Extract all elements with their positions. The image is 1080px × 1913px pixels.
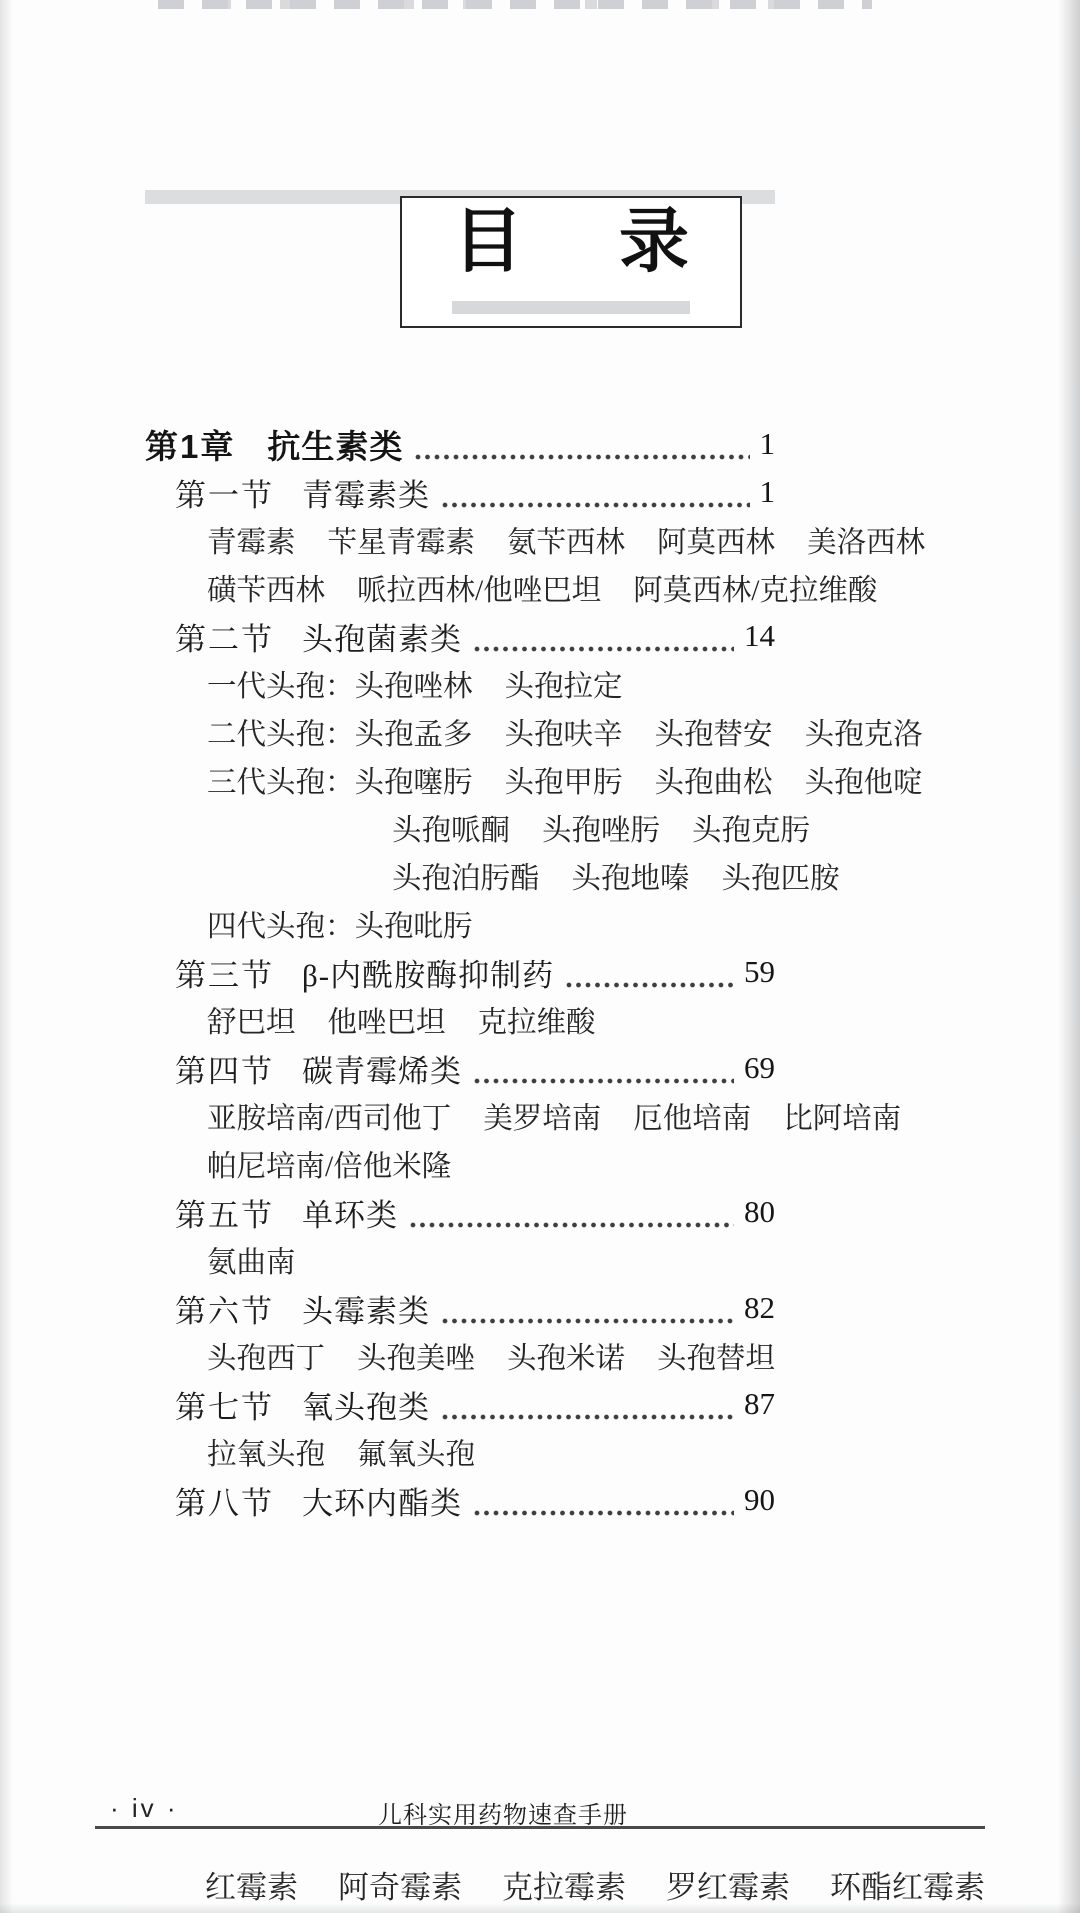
drug-name: 头孢替安 (655, 711, 773, 753)
toc-drug-list-row: 四代头孢：头孢吡肟 (145, 900, 775, 948)
drug-name: 头孢克肟 (692, 807, 810, 849)
drug-name: 头孢匹胺 (722, 855, 840, 897)
drug-generation-prefix: 三代头孢： (207, 759, 355, 801)
drug-name: 头孢拉定 (505, 663, 623, 705)
toc-entry-label: 第六节 (175, 1286, 274, 1331)
toc-section-row: 第八节大环内酯类90 (145, 1476, 775, 1524)
drug-name: 头孢美唑 (357, 1335, 475, 1377)
drug-name: 红霉素 (205, 1870, 298, 1905)
drug-name: 阿奇霉素 (338, 1870, 462, 1905)
toc-entry-title: 大环内酯类 (302, 1478, 462, 1523)
toc-title: 目 录 (402, 208, 740, 278)
toc-entry-title: 青霉素类 (302, 470, 430, 515)
drug-name: 头孢哌酮 (392, 807, 510, 849)
drug-name: 头孢甲肟 (505, 759, 623, 801)
toc-drug-list-row: 舒巴坦他唑巴坦克拉维酸 (145, 996, 775, 1044)
drug-name: 氟氧头孢 (357, 1431, 475, 1473)
toc-entry-page: 59 (744, 954, 775, 990)
toc-list: 第1章抗生素类1第一节青霉素类1青霉素苄星青霉素氨苄西林阿莫西林美洛西林磺苄西林… (145, 420, 775, 1524)
toc-entry-label: 第三节 (175, 950, 274, 995)
toc-drug-list-row: 拉氧头孢氟氧头孢 (145, 1428, 775, 1476)
drug-name: 苄星青霉素 (328, 519, 476, 561)
toc-entry-title: β-内酰胺酶抑制药 (302, 950, 554, 995)
toc-section-row: 第一节青霉素类1 (145, 468, 775, 516)
drug-name: 头孢泊肟酯 (392, 855, 540, 897)
drug-name: 头孢克洛 (805, 711, 923, 753)
drug-name: 头孢孟多 (355, 711, 473, 753)
drug-name: 环酯红霉素 (830, 1870, 985, 1905)
drug-name: 氨苄西林 (507, 519, 625, 561)
page-edge-shadow-bottom (0, 1903, 1080, 1913)
toc-section-row: 第六节头霉素类82 (145, 1284, 775, 1332)
dot-leader (474, 645, 734, 653)
toc-section-row: 第三节β-内酰胺酶抑制药59 (145, 948, 775, 996)
drug-name: 头孢替坦 (657, 1335, 775, 1377)
toc-entry-title: 碳青霉烯类 (302, 1046, 462, 1091)
toc-drug-list-row: 二代头孢：头孢孟多头孢呋辛头孢替安头孢克洛 (145, 708, 775, 756)
toc-entry-label: 第一节 (175, 470, 274, 515)
next-page-preview: 红霉素阿奇霉素克拉霉素罗红霉素环酯红霉素 (205, 1862, 1025, 1907)
toc-section-row: 第二节头孢菌素类14 (145, 612, 775, 660)
toc-drug-list-row: 头孢哌酮头孢唑肟头孢克肟 (145, 804, 775, 852)
toc-entry-title: 抗生素类 (267, 421, 403, 468)
dot-leader (474, 1509, 734, 1517)
toc-entry-label: 第四节 (175, 1046, 274, 1091)
toc-chapter-row: 第1章抗生素类1 (145, 420, 775, 468)
toc-entry-label: 第八节 (175, 1478, 274, 1523)
toc-title-box: 目 录 (400, 196, 742, 328)
toc-entry-label: 第1章 (145, 421, 235, 468)
title-underline (452, 301, 690, 314)
drug-name: 亚胺培南/西司他丁 (207, 1095, 451, 1137)
dot-leader (442, 1317, 734, 1325)
toc-section-row: 第五节单环类80 (145, 1188, 775, 1236)
top-cropped-text-remnant (158, 0, 872, 9)
drug-name: 头孢米诺 (507, 1335, 625, 1377)
drug-name: 头孢他啶 (805, 759, 923, 801)
drug-name: 氨曲南 (207, 1239, 296, 1281)
toc-entry-page: 87 (744, 1386, 775, 1422)
page-edge-shadow-left (0, 0, 13, 1913)
dot-leader (474, 1077, 734, 1085)
toc-drug-list-row: 三代头孢：头孢噻肟头孢甲肟头孢曲松头孢他啶 (145, 756, 775, 804)
drug-name: 美洛西林 (807, 519, 925, 561)
footer: · iv · 儿科实用药物速查手册 (95, 1793, 985, 1833)
toc-drug-list-row: 亚胺培南/西司他丁美罗培南厄他培南比阿培南 (145, 1092, 775, 1140)
drug-name: 美罗培南 (483, 1095, 601, 1137)
drug-name: 阿莫西林/克拉维酸 (633, 567, 877, 609)
dot-leader (410, 1221, 734, 1229)
toc-entry-label: 第七节 (175, 1382, 274, 1427)
toc-entry-title: 氧头孢类 (302, 1382, 430, 1427)
toc-entry-label: 第五节 (175, 1190, 274, 1235)
drug-name: 头孢吡肟 (355, 903, 473, 945)
drug-name: 舒巴坦 (207, 999, 296, 1041)
drug-name: 青霉素 (207, 519, 296, 561)
toc-entry-page: 1 (760, 426, 776, 462)
drug-name: 帕尼培南/倍他米隆 (207, 1143, 451, 1185)
drug-name: 头孢噻肟 (355, 759, 473, 801)
drug-name: 头孢西丁 (207, 1335, 325, 1377)
drug-name: 拉氧头孢 (207, 1431, 325, 1473)
drug-name: 头孢唑肟 (542, 807, 660, 849)
dot-leader (442, 1413, 734, 1421)
drug-generation-prefix: 四代头孢： (207, 903, 355, 945)
toc-drug-list-row: 青霉素苄星青霉素氨苄西林阿莫西林美洛西林 (145, 516, 775, 564)
toc-entry-label: 第二节 (175, 614, 274, 659)
drug-name: 克拉维酸 (478, 999, 596, 1041)
drug-name: 磺苄西林 (207, 567, 325, 609)
footer-page-number: · iv · (110, 1793, 179, 1824)
toc-drug-list-row: 磺苄西林哌拉西林/他唑巴坦阿莫西林/克拉维酸 (145, 564, 775, 612)
toc-drug-list-row: 氨曲南 (145, 1236, 775, 1284)
dot-leader (415, 453, 749, 461)
toc-section-row: 第七节氧头孢类87 (145, 1380, 775, 1428)
dot-leader (566, 981, 734, 989)
drug-name: 克拉霉素 (502, 1870, 626, 1905)
toc-section-row: 第四节碳青霉烯类69 (145, 1044, 775, 1092)
toc-drug-list-row: 一代头孢：头孢唑林头孢拉定 (145, 660, 775, 708)
toc-entry-page: 90 (744, 1482, 775, 1518)
toc-drug-list-row: 头孢泊肟酯头孢地嗪头孢匹胺 (145, 852, 775, 900)
drug-name: 阿莫西林 (657, 519, 775, 561)
toc-entry-page: 14 (744, 618, 775, 654)
toc-title-char: 录 (619, 208, 689, 278)
drug-name: 比阿培南 (783, 1095, 901, 1137)
toc-drug-list-row: 头孢西丁头孢美唑头孢米诺头孢替坦 (145, 1332, 775, 1380)
toc-entry-title: 单环类 (302, 1190, 398, 1235)
toc-drug-list-row: 帕尼培南/倍他米隆 (145, 1140, 775, 1188)
toc-entry-page: 69 (744, 1050, 775, 1086)
drug-name: 头孢曲松 (655, 759, 773, 801)
drug-name: 哌拉西林/他唑巴坦 (357, 567, 601, 609)
drug-name: 头孢地嗪 (572, 855, 690, 897)
drug-name: 头孢唑林 (355, 663, 473, 705)
footer-rule (95, 1826, 985, 1829)
drug-name: 头孢呋辛 (505, 711, 623, 753)
page-edge-shadow-right (1058, 0, 1080, 1913)
toc-entry-page: 80 (744, 1194, 775, 1230)
drug-generation-prefix: 二代头孢： (207, 711, 355, 753)
drug-name: 厄他培南 (633, 1095, 751, 1137)
footer-book-title: 儿科实用药物速查手册 (378, 1795, 628, 1830)
toc-entry-title: 头孢菌素类 (302, 614, 462, 659)
drug-name: 他唑巴坦 (328, 999, 446, 1041)
toc-title-char: 目 (453, 208, 523, 278)
toc-entry-page: 82 (744, 1290, 775, 1326)
drug-name: 罗红霉素 (666, 1870, 790, 1905)
drug-generation-prefix: 一代头孢： (207, 663, 355, 705)
toc-entry-page: 1 (760, 474, 776, 510)
toc-entry-title: 头霉素类 (302, 1286, 430, 1331)
dot-leader (442, 501, 750, 509)
